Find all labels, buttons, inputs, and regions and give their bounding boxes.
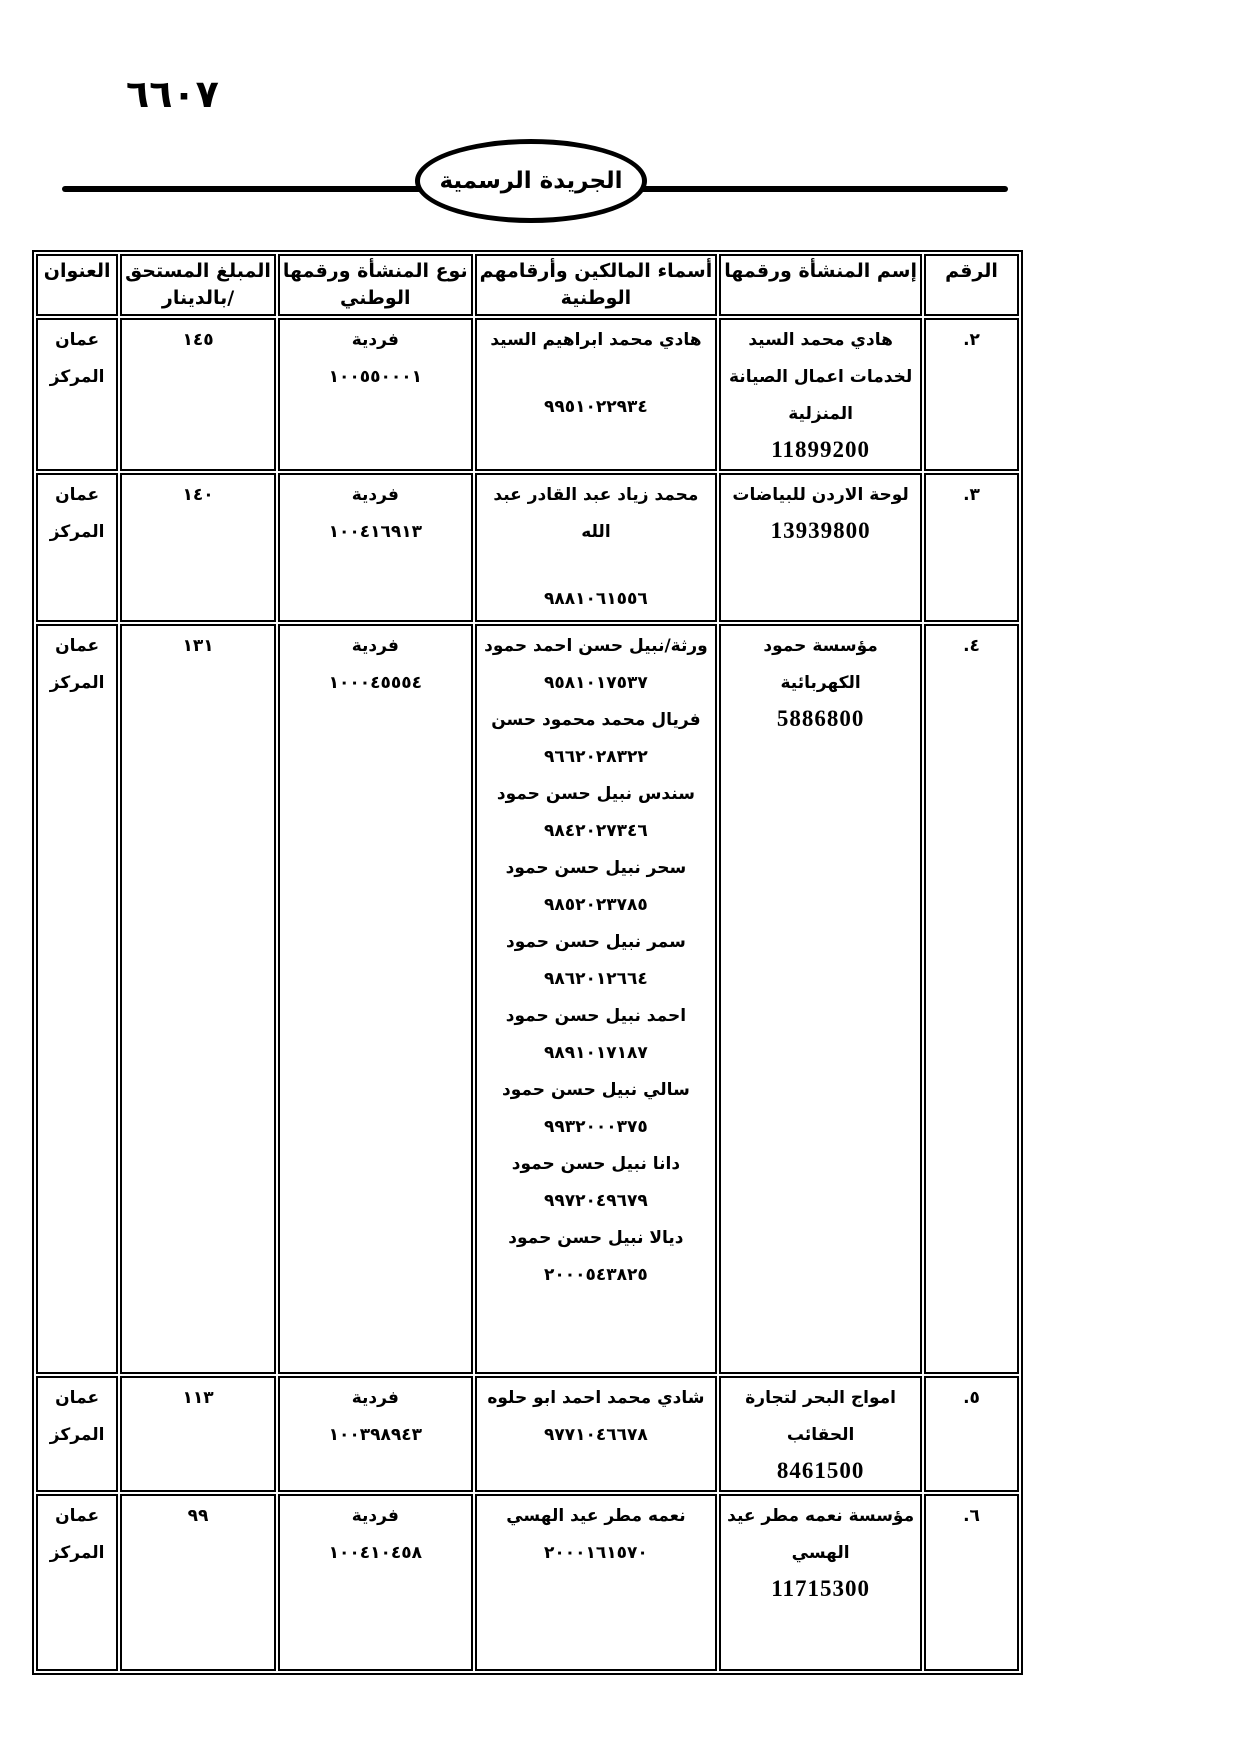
type-national-number: ١٠٠٠٤٥٥٥٤ — [283, 665, 468, 702]
owner-name: سحر نبيل حسن حمود — [480, 850, 713, 887]
amount-due: ١٤٥ — [125, 322, 271, 359]
owner-national-id: ٩٨٨١٠٦١٥٥٦ — [480, 581, 713, 618]
row-number-cell: ٣. — [924, 473, 1019, 622]
establishment-number: 13939800 — [724, 514, 917, 548]
table-row: ٢.هادي محمد السيد لخدمات اعمال الصيانة ا… — [36, 318, 1019, 471]
column-header-label: نوع المنشأة ورقمها — [283, 258, 468, 285]
establishment-cell: لوحة الاردن للبياضات13939800 — [719, 473, 922, 622]
address-cell: عمان المركز — [36, 624, 118, 1374]
establishment-cell: مؤسسة نعمه مطر عيد الهسي11715300 — [719, 1494, 922, 1671]
row-number-cell: ٥. — [924, 1376, 1019, 1492]
table-row: ٦.مؤسسة نعمه مطر عيد الهسي11715300نعمه م… — [36, 1494, 1019, 1671]
owner-name: سالي نبيل حسن حمود — [480, 1072, 713, 1109]
owner-national-id: ٩٩٧٢٠٤٩٦٧٩ — [480, 1183, 713, 1220]
table-row: ٤.مؤسسة حمود الكهربائية5886800ورثة/نبيل … — [36, 624, 1019, 1374]
owners-cell: هادي محمد ابراهيم السيد٩٩٥١٠٢٢٩٣٤ — [475, 318, 718, 471]
address-cell: عمان المركز — [36, 1376, 118, 1492]
owner-national-id: ٩٩٣٢٠٠٠٣٧٥ — [480, 1109, 713, 1146]
column-header-type: نوع المنشأة ورقمهاالوطني — [278, 254, 473, 316]
owner-name: شادي محمد احمد ابو حلوه — [480, 1380, 713, 1417]
establishment-cell: مؤسسة حمود الكهربائية5886800 — [719, 624, 922, 1374]
amount-due: ١٤٠ — [125, 477, 271, 514]
establishment-number: 11715300 — [724, 1572, 917, 1606]
column-header-sublabel: /بالدينار — [125, 285, 271, 312]
type-cell: فردية١٠٠٤١٠٤٥٨ — [278, 1494, 473, 1671]
owner-national-id: ٩٨٩١٠١٧١٨٧ — [480, 1035, 713, 1072]
type-national-number: ١٠٠٥٥٠٠٠١ — [283, 359, 468, 396]
column-header-establishment: إسم المنشأة ورقمها — [719, 254, 922, 316]
column-header-address: العنوان — [36, 254, 118, 316]
amount-cell: ١٤٥ — [120, 318, 276, 471]
table-header-row: الرقمإسم المنشأة ورقمهاأسماء المالكين وأ… — [36, 254, 1019, 316]
establishment-type: فردية — [283, 1380, 468, 1417]
establishment-type: فردية — [283, 477, 468, 514]
owner-national-id: ٩٨٤٢٠٢٧٣٤٦ — [480, 813, 713, 850]
address: عمان المركز — [41, 628, 113, 702]
type-cell: فردية١٠٠٣٩٨٩٤٣ — [278, 1376, 473, 1492]
establishment-type: فردية — [283, 1498, 468, 1535]
owners-cell: نعمه مطر عيد الهسي٢٠٠٠١٦١٥٧٠ — [475, 1494, 718, 1671]
row-number-cell: ٤. — [924, 624, 1019, 1374]
column-header-label: إسم المنشأة ورقمها — [724, 258, 917, 285]
address: عمان المركز — [41, 322, 113, 396]
column-header-num: الرقم — [924, 254, 1019, 316]
type-national-number: ١٠٠٤١٠٤٥٨ — [283, 1535, 468, 1572]
amount-due: ١٣١ — [125, 628, 271, 665]
row-number: ٣. — [929, 477, 1014, 514]
owner-national-id: ٩٦٦٢٠٢٨٣٢٢ — [480, 739, 713, 776]
establishment-number: 11899200 — [724, 433, 917, 467]
owner-name: هادي محمد ابراهيم السيد — [480, 322, 713, 359]
amount-due: ١١٣ — [125, 1380, 271, 1417]
establishment-cell: امواج البحر لتجارة الحقائب8461500 — [719, 1376, 922, 1492]
owner-national-id: ٩٨٦٢٠١٢٦٦٤ — [480, 961, 713, 998]
column-header-label: الرقم — [929, 258, 1014, 285]
owner-name: ورثة/نبيل حسن احمد حمود — [480, 628, 713, 665]
address-cell: عمان المركز — [36, 1494, 118, 1671]
owner-name: محمد زياد عبد القادر عبد الله — [480, 477, 713, 551]
page-number: ٦٦٠٧ — [126, 72, 219, 116]
establishment-name: مؤسسة نعمه مطر عيد الهسي — [724, 1498, 917, 1572]
owners-cell: ورثة/نبيل حسن احمد حمود٩٥٨١٠١٧٥٣٧فريال م… — [475, 624, 718, 1374]
type-national-number: ١٠٠٤١٦٩١٣ — [283, 514, 468, 551]
type-cell: فردية١٠٠٠٤٥٥٥٤ — [278, 624, 473, 1374]
amount-cell: ١١٣ — [120, 1376, 276, 1492]
type-cell: فردية١٠٠٤١٦٩١٣ — [278, 473, 473, 622]
address: عمان المركز — [41, 1498, 113, 1572]
column-header-amount: المبلغ المستحق/بالدينار — [120, 254, 276, 316]
row-number: ٢. — [929, 322, 1014, 359]
establishment-type: فردية — [283, 628, 468, 665]
address-cell: عمان المركز — [36, 318, 118, 471]
address-cell: عمان المركز — [36, 473, 118, 622]
row-number-cell: ٦. — [924, 1494, 1019, 1671]
column-header-label: العنوان — [41, 258, 113, 285]
owner-national-id: ٩٧٧١٠٤٦٦٧٨ — [480, 1417, 713, 1454]
column-header-label: المبلغ المستحق — [125, 258, 271, 285]
owner-national-id: ٩٥٨١٠١٧٥٣٧ — [480, 665, 713, 702]
owner-name: ديالا نبيل حسن حمود — [480, 1220, 713, 1257]
address: عمان المركز — [41, 1380, 113, 1454]
type-cell: فردية١٠٠٥٥٠٠٠١ — [278, 318, 473, 471]
amount-cell: ٩٩ — [120, 1494, 276, 1671]
column-header-label: أسماء المالكين وأرقامهم — [480, 258, 713, 285]
establishments-table: الرقمإسم المنشأة ورقمهاأسماء المالكين وأ… — [32, 250, 1023, 1675]
establishment-name: امواج البحر لتجارة الحقائب — [724, 1380, 917, 1454]
row-number: ٥. — [929, 1380, 1014, 1417]
table-row: ٥.امواج البحر لتجارة الحقائب8461500شادي … — [36, 1376, 1019, 1492]
establishment-cell: هادي محمد السيد لخدمات اعمال الصيانة الم… — [719, 318, 922, 471]
establishment-name: لوحة الاردن للبياضات — [724, 477, 917, 514]
column-header-sublabel: الوطنية — [480, 285, 713, 312]
owner-national-id: ٩٨٥٢٠٢٣٧٨٥ — [480, 887, 713, 924]
amount-due: ٩٩ — [125, 1498, 271, 1535]
owner-name: نعمه مطر عيد الهسي — [480, 1498, 713, 1535]
owner-name: دانا نبيل حسن حمود — [480, 1146, 713, 1183]
establishment-number: 8461500 — [724, 1454, 917, 1488]
owners-cell: محمد زياد عبد القادر عبد الله٩٨٨١٠٦١٥٥٦ — [475, 473, 718, 622]
owners-cell: شادي محمد احمد ابو حلوه٩٧٧١٠٤٦٦٧٨ — [475, 1376, 718, 1492]
table-row: ٣.لوحة الاردن للبياضات13939800محمد زياد … — [36, 473, 1019, 622]
owner-national-id: ٢٠٠٠١٦١٥٧٠ — [480, 1535, 713, 1572]
gazette-title: الجريدة الرسمية — [439, 168, 622, 194]
owner-name: فريال محمد محمود حسن — [480, 702, 713, 739]
owner-name: احمد نبيل حسن حمود — [480, 998, 713, 1035]
owner-name: سمر نبيل حسن حمود — [480, 924, 713, 961]
row-number: ٤. — [929, 628, 1014, 665]
gazette-page: { "page": { "number_display": "٦٦٠٧", "b… — [0, 0, 1241, 1755]
row-number-cell: ٢. — [924, 318, 1019, 471]
amount-cell: ١٣١ — [120, 624, 276, 1374]
address: عمان المركز — [41, 477, 113, 551]
establishment-name: مؤسسة حمود الكهربائية — [724, 628, 917, 702]
establishment-number: 5886800 — [724, 702, 917, 736]
column-header-sublabel: الوطني — [283, 285, 468, 312]
row-number: ٦. — [929, 1498, 1014, 1535]
gazette-title-oval: الجريدة الرسمية — [415, 139, 647, 223]
type-national-number: ١٠٠٣٩٨٩٤٣ — [283, 1417, 468, 1454]
establishment-type: فردية — [283, 322, 468, 359]
owner-name: سندس نبيل حسن حمود — [480, 776, 713, 813]
owner-national-id: ٢٠٠٠٥٤٣٨٢٥ — [480, 1257, 713, 1294]
column-header-owners: أسماء المالكين وأرقامهمالوطنية — [475, 254, 718, 316]
owner-national-id: ٩٩٥١٠٢٢٩٣٤ — [480, 389, 713, 426]
amount-cell: ١٤٠ — [120, 473, 276, 622]
establishment-name: هادي محمد السيد لخدمات اعمال الصيانة الم… — [724, 322, 917, 433]
